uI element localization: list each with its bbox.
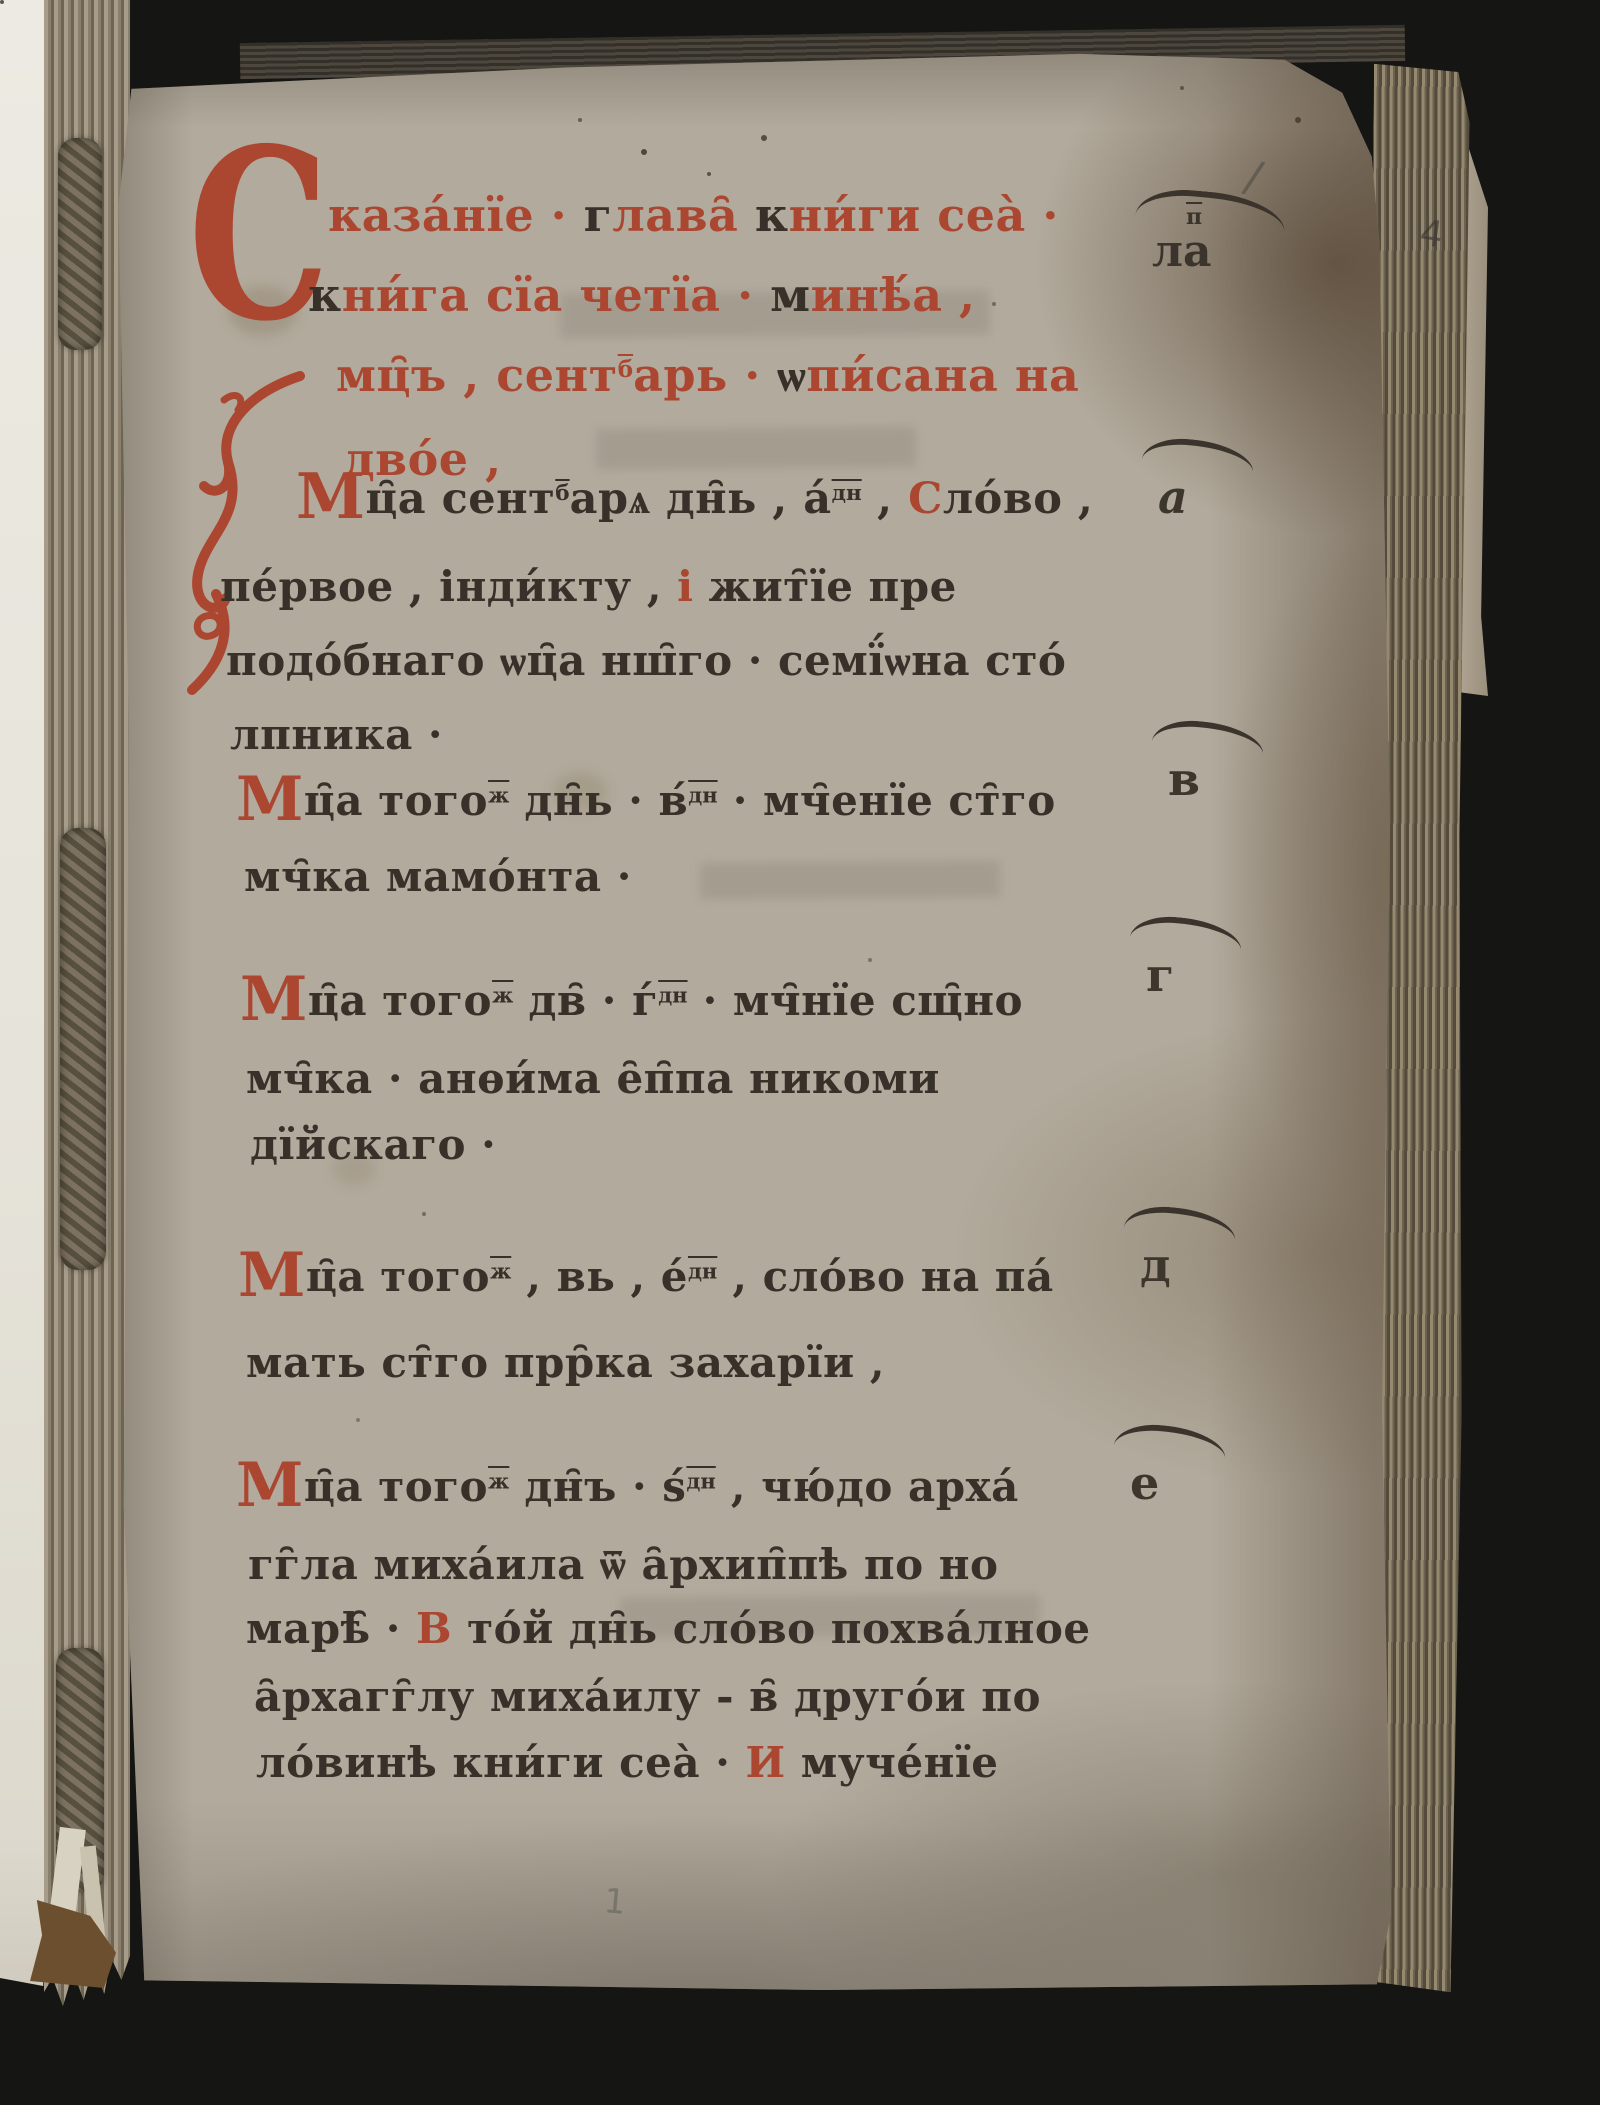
text-segment: ц̑а того [304, 1462, 488, 1511]
text-segment: мать ст̑го прр̑ка захарїи , [246, 1338, 885, 1387]
ink-layer: С п ла авгде каза́нїе · глава̑ кни́ги се… [0, 0, 1600, 2105]
text-segment: · мч̑нїе сщ̑но [688, 976, 1023, 1025]
text-segment: к [755, 188, 789, 242]
text-segment: ло́винѣ кни́ги сеа̀ · [256, 1738, 745, 1787]
margin-numeral-е: е [1130, 1456, 1159, 1510]
text-segment: каза́нїе · [328, 188, 584, 242]
text-segment: дв̑ · ѓ [513, 976, 658, 1025]
bleed-through-smudge [596, 427, 916, 470]
superscript-letter: дн [686, 1468, 715, 1493]
manuscript-line-3: мц̑ъ , сентбарь · ѡпи́сана на [336, 352, 1079, 398]
margin-numeral-а: а [1158, 470, 1188, 524]
text-segment: арь · [633, 348, 777, 402]
superscript-letter: дн [658, 982, 687, 1007]
manuscript-line-16: Мц̑а тогож дн̑ъ · ѕ́дн , чю́до арха́ [236, 1466, 1019, 1508]
text-segment: муче́нїе [786, 1738, 999, 1787]
bleed-through-smudge [700, 861, 1000, 900]
text-segment: г [584, 188, 613, 242]
text-segment: мч̑ка · анѳи́ма е̑п̑па никоми [246, 1054, 940, 1103]
margin-numeral-д: д [1140, 1238, 1171, 1292]
pencil-bottom-mark: 1 [602, 1881, 627, 1923]
text-segment: ѡ [777, 348, 806, 402]
manuscript-line-9: Мц̑а тогож дн̑ь · в́дн · мч̑енїе ст̑го [236, 780, 1056, 822]
manuscript-line-13: дїйскаго · [250, 1124, 496, 1166]
manuscript-line-1: каза́нїе · глава̑ кни́ги сеа̀ · [328, 192, 1059, 238]
manuscript-line-14: Мц̑а тогож , вь , е́дн , сло́во на па́ [238, 1256, 1054, 1298]
text-segment: дїйскаго · [250, 1120, 496, 1169]
text-segment: і [677, 562, 693, 611]
text-segment: лпника · [230, 710, 443, 759]
text-segment: мч̑ка мамо́нта · [244, 852, 632, 901]
margin-numeral-г: г [1146, 948, 1174, 1002]
text-segment: а̑рхагг̑лу миха́илу - в̑ друго́и по [254, 1672, 1041, 1721]
text-segment: ц̑а сент [366, 474, 556, 524]
text-segment: ц̑а того [304, 776, 488, 825]
ink-specks [0, 0, 4, 4]
text-segment: М [238, 1240, 306, 1311]
text-segment: лава̑ [612, 188, 755, 242]
text-segment: марѣ̑ · [246, 1604, 416, 1653]
folio-corner-mark: п ла [1152, 226, 1212, 277]
text-segment: ни́га сїа четїа · [342, 268, 770, 322]
manuscript-line-6: пе́рвое , інди́кту , і жит̑їе пре [220, 566, 957, 608]
manuscript-photo: С п ла авгде каза́нїе · глава̑ кни́ги се… [0, 0, 1600, 2105]
manuscript-line-11: Мц̑а тогож дв̑ · ѓдн · мч̑нїе сщ̑но [240, 980, 1023, 1022]
text-segment: · мч̑енїе ст̑го [718, 776, 1056, 825]
text-segment: пи́сана на [806, 348, 1079, 402]
superscript-letter: ж [488, 782, 509, 807]
folio-superscript: п [1186, 204, 1202, 230]
text-segment: м [770, 268, 810, 322]
manuscript-line-18: марѣ̑ · В то́й дн̑ь сло́во похва́лное [246, 1608, 1091, 1650]
manuscript-line-2: кни́га сїа четїа · минѣ́а , [308, 272, 976, 318]
text-segment: жит̑їе пре [694, 562, 957, 611]
text-segment: М [240, 964, 308, 1035]
text-segment: инѣ́а , [811, 268, 976, 322]
superscript-letter: ж [488, 1468, 509, 1493]
text-segment: М [236, 764, 304, 835]
text-segment: , сло́во на па́ [717, 1252, 1053, 1301]
margin-numeral-в: в [1168, 752, 1200, 806]
pencil-slash-mark: / [1239, 151, 1267, 204]
text-segment: дн̑ь · в́ [509, 776, 688, 825]
text-segment: гг̑ла миха́ила ѿ а̑рхип̑пѣ по но [248, 1540, 999, 1589]
folio-letters: ла [1152, 226, 1212, 277]
text-segment: подо́бнаго ѡц̑а нш̑го · семї́ѡна сто́ [226, 636, 1066, 685]
manuscript-line-20: ло́винѣ кни́ги сеа̀ · И муче́нїе [256, 1742, 999, 1784]
text-segment: пе́рвое , інди́кту , [220, 562, 677, 611]
text-segment: ц̑а того [308, 976, 492, 1025]
manuscript-line-7: подо́бнаго ѡц̑а нш̑го · семї́ѡна сто́ [226, 640, 1066, 682]
text-segment: И [745, 1738, 785, 1787]
superscript-letter: б [555, 481, 569, 506]
manuscript-line-19: а̑рхагг̑лу миха́илу - в̑ друго́и по [254, 1676, 1041, 1718]
superscript-letter: дн [688, 782, 717, 807]
text-segment: к [308, 268, 342, 322]
manuscript-line-12: мч̑ка · анѳи́ма е̑п̑па никоми [246, 1058, 940, 1100]
text-segment: М [296, 459, 366, 533]
manuscript-line-8: лпника · [230, 714, 443, 756]
text-segment: В [416, 1604, 452, 1653]
text-segment: мц̑ъ , сент [336, 348, 618, 402]
superscript-letter: ж [490, 1258, 511, 1283]
text-segment: ц̑а того [306, 1252, 490, 1301]
text-segment: дн̑ъ · ѕ́ [509, 1462, 686, 1511]
pencil-page-number: 4 [1417, 213, 1445, 257]
superscript-letter: ж [492, 982, 513, 1007]
superscript-letter: дн [832, 481, 862, 506]
manuscript-line-17: гг̑ла миха́ила ѿ а̑рхип̑пѣ по но [248, 1544, 999, 1586]
text-segment: С [908, 474, 943, 524]
manuscript-line-5: Мц̑а сентбарѧ дн̑ь , а́дн , Сло́во , [296, 478, 1093, 521]
text-segment: , [862, 474, 908, 524]
text-segment: ни́ги сеа̀ · [789, 188, 1059, 242]
text-segment: арѧ дн̑ь , а́ [570, 474, 832, 524]
text-segment: ло́во , [943, 474, 1094, 524]
text-segment: , чю́до арха́ [716, 1462, 1019, 1511]
text-segment: , вь , е́ [511, 1252, 688, 1301]
superscript-letter: дн [688, 1258, 717, 1283]
superscript-letter: б [618, 356, 633, 383]
manuscript-line-10: мч̑ка мамо́нта · [244, 856, 632, 898]
manuscript-line-15: мать ст̑го прр̑ка захарїи , [246, 1342, 885, 1384]
text-segment: то́й дн̑ь сло́во похва́лное [452, 1604, 1091, 1653]
text-segment: М [236, 1450, 304, 1521]
